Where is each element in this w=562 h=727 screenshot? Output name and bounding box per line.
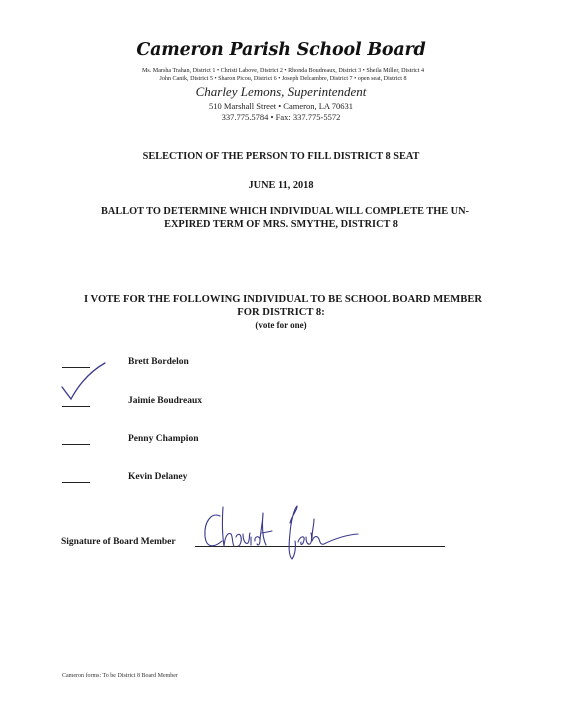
candidate-option[interactable]: Kevin Delaney (61, 472, 361, 488)
candidate-name: Kevin Delaney (128, 472, 187, 482)
ballot-page: Cameron Parish School Board Ms. Marsha T… (0, 0, 562, 727)
vote-instruction: (vote for one) (0, 320, 562, 330)
ballot-description-line-1: BALLOT TO DETERMINE WHICH INDIVIDUAL WIL… (4, 206, 562, 217)
candidate-name: Brett Bordelon (128, 357, 189, 367)
organization-title: Cameron Parish School Board (0, 40, 562, 60)
board-members-line-2: John Canik, District 5 • Sharon Picou, D… (2, 75, 562, 83)
checkmark-icon (58, 360, 108, 405)
ballot-description-line-2: EXPIRED TERM OF MRS. SMYTHE, DISTRICT 8 (0, 219, 562, 230)
candidate-name: Penny Champion (128, 434, 198, 444)
superintendent-name: Charley Lemons, Superintendent (0, 84, 562, 100)
document-date: JUNE 11, 2018 (0, 180, 562, 191)
vote-blank[interactable] (62, 444, 90, 445)
vote-blank[interactable] (62, 406, 90, 407)
footer-note: Cameron forms: To be District 8 Board Me… (62, 673, 178, 679)
candidate-option[interactable]: Penny Champion (61, 434, 361, 450)
board-members-line-1: Ms. Marsha Trahan, District 1 • Christi … (2, 67, 562, 75)
vote-heading-line-1: I VOTE FOR THE FOLLOWING INDIVIDUAL TO B… (2, 294, 562, 305)
document-title: SELECTION OF THE PERSON TO FILL DISTRICT… (0, 151, 562, 162)
signature-label: Signature of Board Member (61, 537, 176, 547)
vote-blank[interactable] (62, 482, 90, 483)
address: 510 Marshall Street • Cameron, LA 70631 (0, 101, 562, 111)
handwritten-signature (200, 503, 360, 563)
vote-heading-line-2: FOR DISTRICT 8: (0, 307, 562, 318)
candidate-name: Jaimie Boudreaux (128, 396, 202, 406)
phone-fax: 337.775.5784 • Fax: 337.775-5572 (0, 112, 562, 122)
